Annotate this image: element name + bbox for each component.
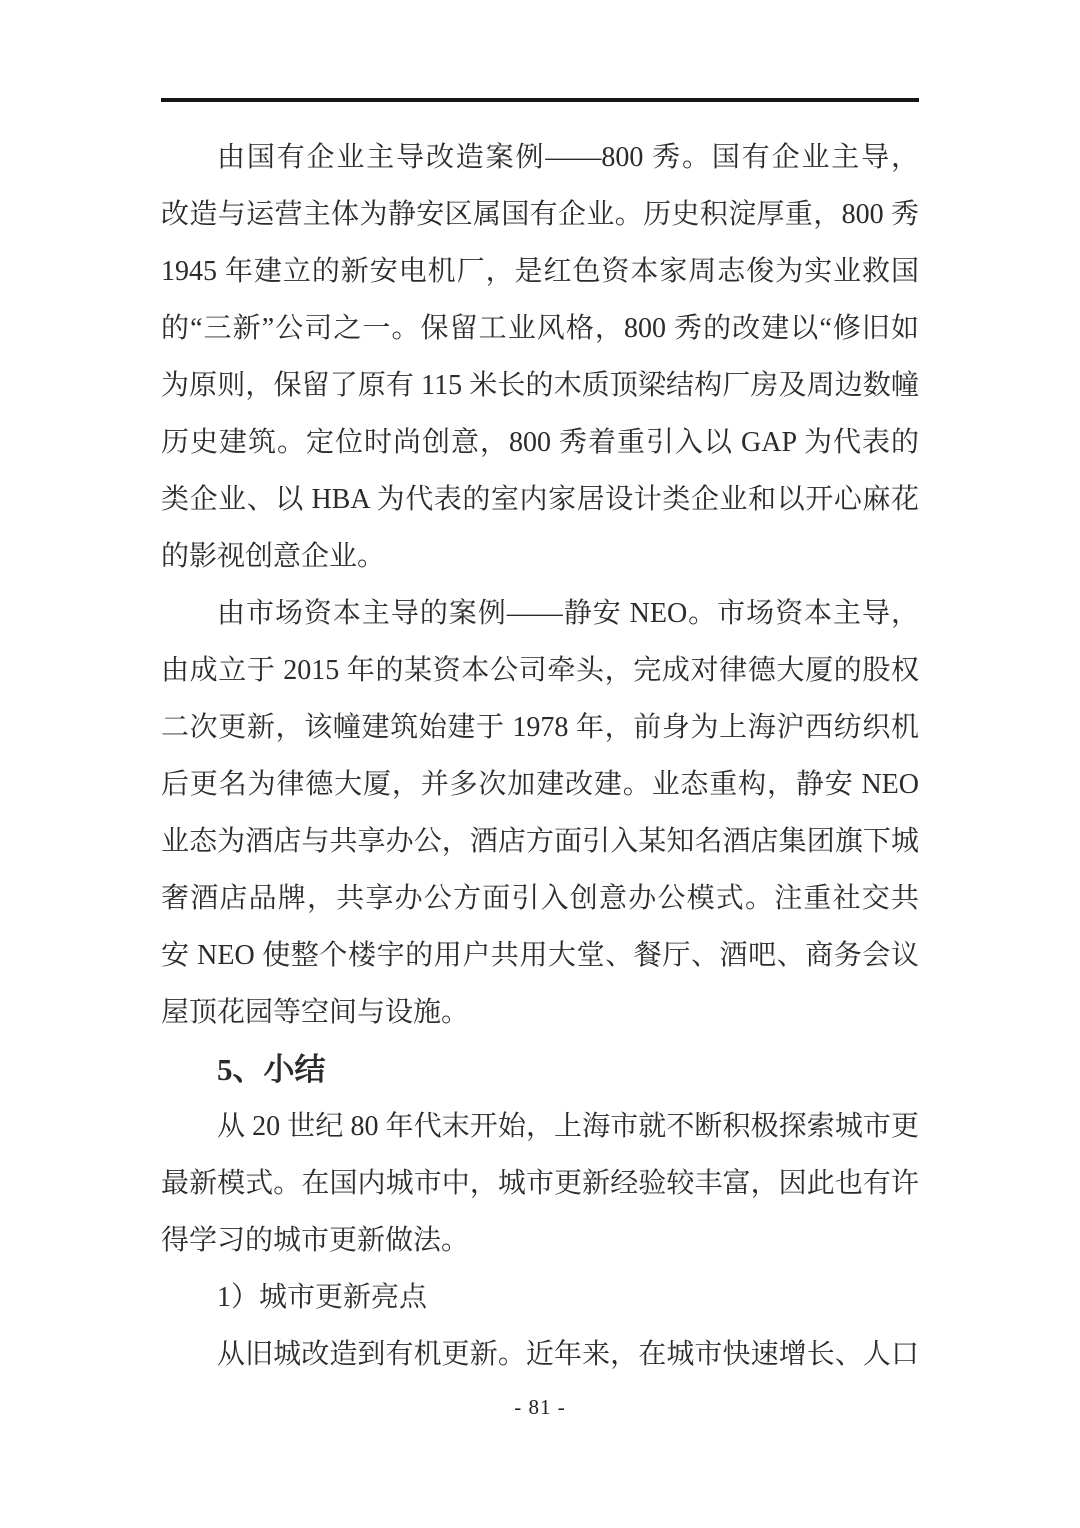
text-line: 屋顶花园等空间与设施。 [161, 984, 919, 1041]
text-line: 业态为酒店与共享办公，酒店方面引入某知名酒店集团旗下城市轻 [161, 813, 919, 870]
section-heading: 5、小结 [161, 1041, 919, 1098]
text-line: 安 NEO 使整个楼宇的用户共用大堂、餐厅、酒吧、商务会议配套、 [161, 927, 919, 984]
text-line: 最新模式。在国内城市中，城市更新经验较丰富，因此也有许多值 [161, 1155, 919, 1212]
document-page: 由国有企业主导改造案例——800 秀。国有企业主导，800 秀的改造与运营主体为… [0, 0, 1080, 1528]
text-line: 从旧城改造到有机更新。近年来，在城市快速增长、人口剧增 [161, 1326, 919, 1383]
text-line: 后更名为律德大厦，并多次加建改建。业态重构，静安 NEO 的主要 [161, 756, 919, 813]
text-line: 奢酒店品牌，共享办公方面引入创意办公模式。注重社交共享，静 [161, 870, 919, 927]
text-line: 二次更新，该幢建筑始建于 1978 年，前身为上海沪西纺织机械厂， [161, 699, 919, 756]
text-line: 的“三新”公司之一。保留工业风格，800 秀的改建以“修旧如旧” [161, 300, 919, 357]
subsection-heading: 1）城市更新亮点 [161, 1269, 919, 1326]
text-line: 的影视创意企业。 [161, 528, 919, 585]
text-line: 为原则，保留了原有 115 米长的木质顶梁结构厂房及周边数幢小型 [161, 357, 919, 414]
text-line: 1945 年建立的新安电机厂，是红色资本家周志俊为实业救国所创办 [161, 243, 919, 300]
text-line: 得学习的城市更新做法。 [161, 1212, 919, 1269]
text-line: 由国有企业主导改造案例——800 秀。国有企业主导，800 秀的 [161, 129, 919, 186]
page-number: - 81 - [0, 1393, 1080, 1421]
header-rule [161, 98, 919, 102]
text-line: 类企业、以 HBA 为代表的室内家居设计类企业和以开心麻花为代表 [161, 471, 919, 528]
text-line: 由市场资本主导的案例——静安 NEO。市场资本主导，静安 NEO [161, 585, 919, 642]
document-content: 由国有企业主导改造案例——800 秀。国有企业主导，800 秀的改造与运营主体为… [161, 129, 919, 1383]
text-line: 改造与运营主体为静安区属国有企业。历史积淀厚重，800 秀前身为 [161, 186, 919, 243]
text-line: 历史建筑。定位时尚创意，800 秀着重引入以 GAP 为代表的服装设计 [161, 414, 919, 471]
text-line: 由成立于 2015 年的某资本公司牵头，完成对律德大厦的股权收购。 [161, 642, 919, 699]
text-line: 从 20 世纪 80 年代末开始，上海市就不断积极探索城市更新的 [161, 1098, 919, 1155]
